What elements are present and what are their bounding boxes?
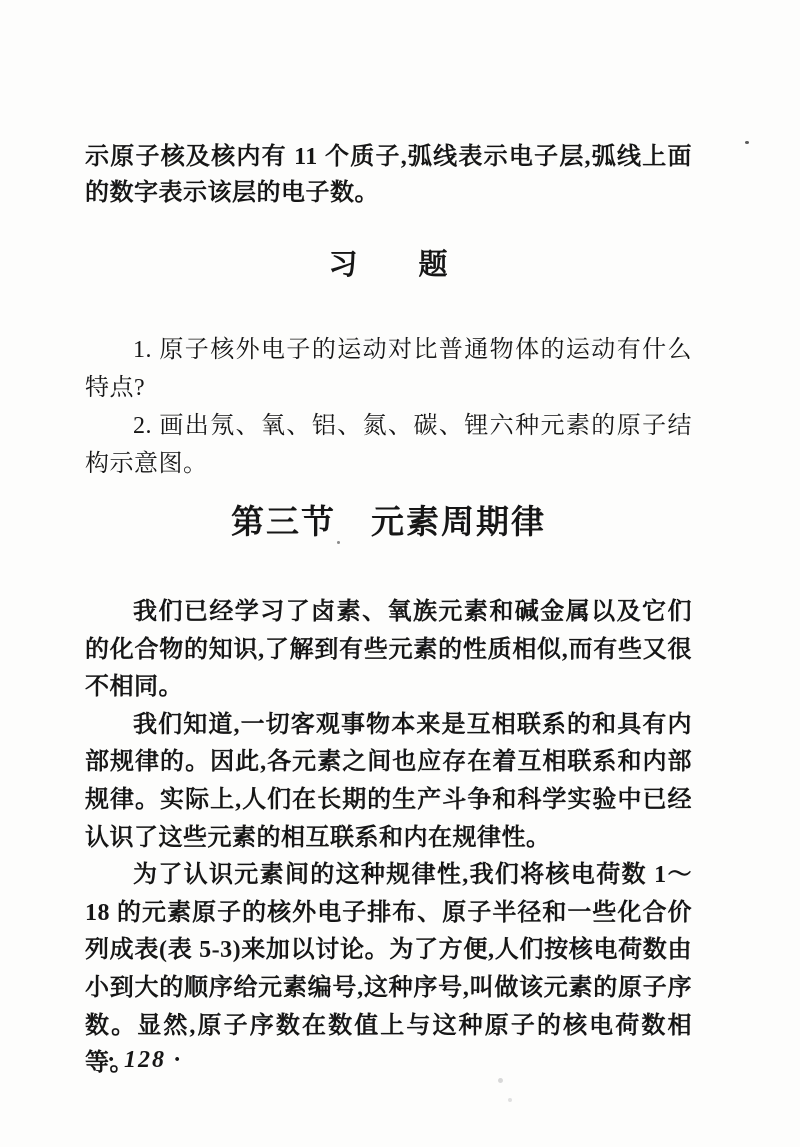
body-paragraph-2: 我们知道,一切客观事物本来是互相联系的和具有内部规律的。因此,各元素之间也应存在… [85,707,692,857]
book-page: 示原子核及核内有 11 个质子,弧线表示电子层,弧线上面的数字表示该层的电子数。… [0,0,800,1147]
scan-artifact-dot [745,141,749,144]
body-paragraph-1: 我们已经学习了卤素、氧族元素和碱金属以及它们的化合物的知识,了解到有些元素的性质… [85,594,692,707]
exercises-list: 1. 原子核外电子的运动对比普通物体的运动有什么特点? 2. 画出氖、氧、铝、氮… [85,331,692,483]
continuation-paragraph: 示原子核及核内有 11 个质子,弧线表示电子层,弧线上面的数字表示该层的电子数。 [85,139,692,211]
scan-artifact-dot [508,1098,512,1102]
exercise-item-2: 2. 画出氖、氧、铝、氮、碳、锂六种元素的原子结构示意图。 [85,407,692,483]
page-number: · 128 · [108,1044,182,1076]
section-title: 第三节 元素周期律 [85,499,692,547]
exercises-header: 习 题 [85,247,692,283]
section-body: 我们已经学习了卤素、氧族元素和碱金属以及它们的化合物的知识,了解到有些元素的性质… [85,594,692,1083]
exercise-item-1: 1. 原子核外电子的运动对比普通物体的运动有什么特点? [85,331,692,407]
